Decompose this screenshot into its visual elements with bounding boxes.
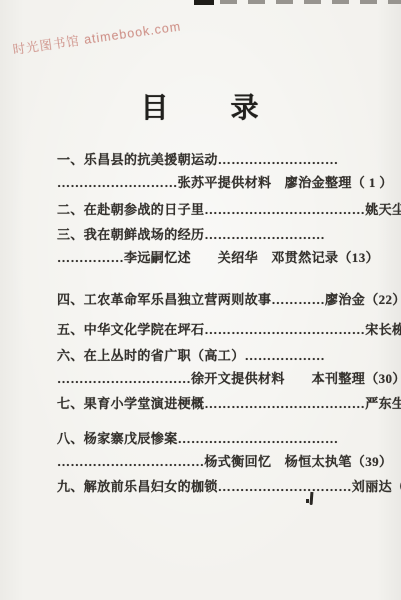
toc-entry-contributor-line: …………………………徐开文提供材料 本刊整理（30） xyxy=(57,367,374,390)
toc-entry: 七、果育小学堂演进梗概………………………………严东生（36） xyxy=(57,392,374,415)
page-edge-dark-dash xyxy=(194,0,214,5)
toc-entry-contributor-line: ………………………张苏平提供材料 廖治金整理（ 1 ） xyxy=(57,171,374,194)
toc-entry-title-line: 一、乐昌县的抗美援朝运动……………………… xyxy=(57,148,374,171)
toc-entry: 九、解放前乐昌妇女的枷锁…………………………刘丽达（46） xyxy=(57,475,374,498)
toc-entry-title-line: 四、工农革命军乐昌独立营两则故事…………廖治金（22） xyxy=(57,288,374,311)
toc-entry: 五、中华文化学院在坪石………………………………宋长栋（26） xyxy=(57,318,374,341)
toc-list: 一、乐昌县的抗美援朝运动………………………………………………张苏平提供材料 廖治… xyxy=(57,146,374,498)
toc-entry: 六、在上丛时的省广职（高工）…………………………………………徐开文提供材料 本刊… xyxy=(57,344,374,390)
toc-entry-contributor-line: ……………………………杨式衡回忆 杨恒太执笔（39） xyxy=(57,450,374,473)
toc-entry-title-line: 五、中华文化学院在坪石………………………………宋长栋（26） xyxy=(57,318,374,341)
scanned-page: 时光图书馆 atimebook.com 目 录 一、乐昌县的抗美援朝运动…………… xyxy=(0,0,401,600)
toc-entry-title-line: 八、杨家寨戊辰惨案……………………………… xyxy=(57,427,374,450)
page-edge-dashes xyxy=(220,0,401,4)
toc-entry: 二、在赴朝参战的日子里………………………………姚天尘（ 7 ） xyxy=(57,198,374,221)
ink-mark xyxy=(306,492,315,506)
watermark-text: 时光图书馆 atimebook.com xyxy=(12,20,182,57)
toc-entry-contributor-line: ……………李远嗣忆述 关绍华 邓贯然记录（13） xyxy=(57,246,374,269)
toc-entry: 四、工农革命军乐昌独立营两则故事…………廖治金（22） xyxy=(57,288,374,311)
toc-entry-title-line: 二、在赴朝参战的日子里………………………………姚天尘（ 7 ） xyxy=(57,198,374,221)
toc-entry-title-line: 六、在上丛时的省广职（高工）……………… xyxy=(57,344,374,367)
library-watermark: 时光图书馆 atimebook.com xyxy=(11,10,231,58)
toc-entry: 三、我在朝鲜战场的经历……………………………………李远嗣忆述 关绍华 邓贯然记录… xyxy=(57,223,374,269)
toc-entry: 一、乐昌县的抗美援朝运动………………………………………………张苏平提供材料 廖治… xyxy=(57,148,374,194)
toc-entry-title-line: 三、我在朝鲜战场的经历……………………… xyxy=(57,223,374,246)
toc-entry: 八、杨家寨戊辰惨案……………………………………………………………杨式衡回忆 杨恒… xyxy=(57,427,374,473)
page-title: 目 录 xyxy=(0,86,401,126)
toc-entry-title-line: 七、果育小学堂演进梗概………………………………严东生（36） xyxy=(57,392,374,415)
toc-entry-title-line: 九、解放前乐昌妇女的枷锁…………………………刘丽达（46） xyxy=(57,475,374,498)
